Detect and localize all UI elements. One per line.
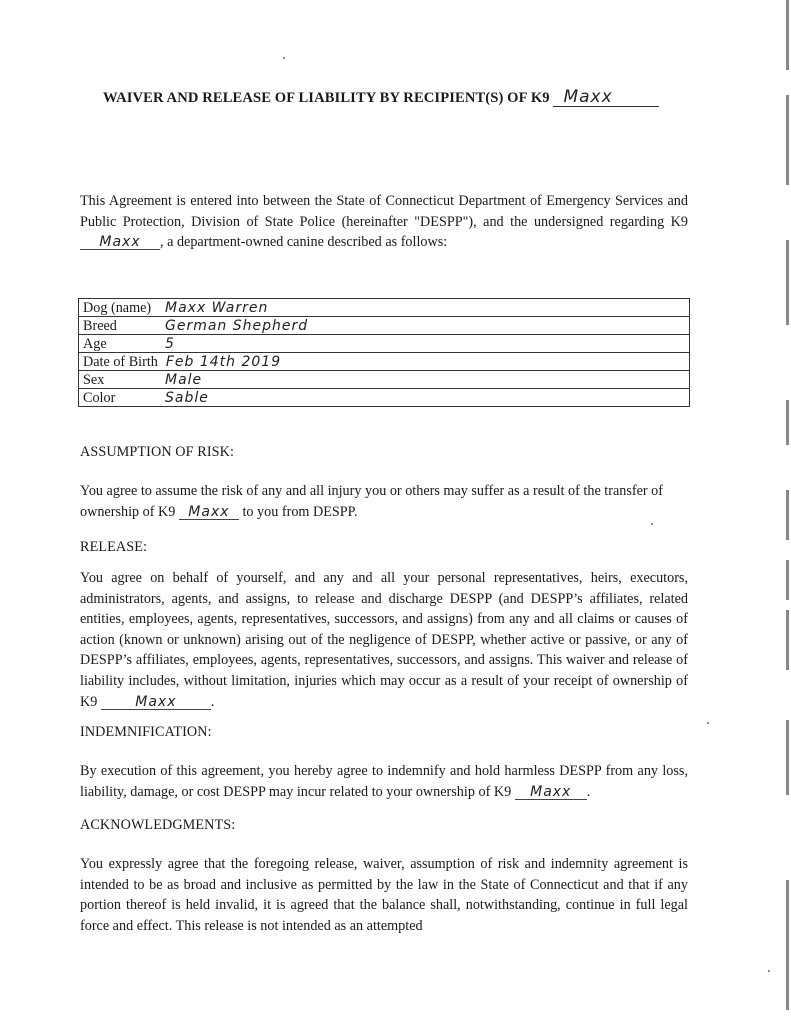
dog-table-cell: Dog (name)Maxx Warren — [79, 299, 690, 317]
heading-release: RELEASE: — [80, 539, 147, 556]
scan-edge-artifact — [786, 400, 789, 445]
risk-dog-name: Maxx — [188, 504, 229, 520]
risk-dog-name-field: Maxx — [179, 505, 239, 520]
scan-edge-artifact — [786, 720, 789, 795]
release-dog-name: Maxx — [135, 694, 176, 710]
dog-field-label: Dog (name) — [83, 300, 157, 316]
scan-edge-artifact — [786, 490, 789, 540]
acknowledgments-paragraph: You expressly agree that the foregoing r… — [80, 854, 688, 936]
intro-dog-name: Maxx — [99, 234, 140, 250]
dog-table-row: ColorSable — [79, 389, 690, 407]
release-text-after: . — [211, 694, 215, 710]
scan-edge-artifact — [786, 240, 789, 325]
release-paragraph: You agree on behalf of yourself, and any… — [80, 568, 688, 712]
scan-speck — [283, 57, 285, 59]
acknowledgments-text: You expressly agree that the foregoing r… — [80, 854, 688, 936]
dog-field-value: Sable — [165, 390, 209, 406]
dog-table-row: Date of BirthFeb 14th 2019 — [79, 353, 690, 371]
dog-table-cell: Age5 — [79, 335, 690, 353]
heading-acknowledgments: ACKNOWLEDGMENTS: — [80, 817, 235, 834]
dog-field-value: Male — [165, 372, 202, 388]
dog-field-label: Sex — [83, 372, 157, 388]
dog-description-table: Dog (name)Maxx WarrenBreedGerman Shepher… — [78, 298, 690, 407]
dog-field-label: Color — [83, 390, 157, 406]
intro-paragraph: This Agreement is entered into between t… — [80, 191, 688, 253]
scan-edge-artifact — [786, 610, 789, 670]
dog-field-value: German Shepherd — [165, 318, 308, 334]
dog-table-row: SexMale — [79, 371, 690, 389]
dog-table-row: Age5 — [79, 335, 690, 353]
indemnification-paragraph: By execution of this agreement, you here… — [80, 761, 688, 802]
dog-table-row: BreedGerman Shepherd — [79, 317, 690, 335]
dog-field-value: Feb 14th 2019 — [166, 354, 281, 370]
scan-edge-artifact — [786, 0, 789, 70]
scan-speck — [651, 523, 653, 525]
risk-text: You agree to assume the risk of any and … — [80, 483, 663, 520]
document-page: WAIVER AND RELEASE OF LIABILITY BY RECIP… — [0, 0, 791, 1024]
indemnification-text: By execution of this agreement, you here… — [80, 763, 688, 800]
dog-table-cell: ColorSable — [79, 389, 690, 407]
title-dog-name-field: Maxx — [553, 88, 659, 107]
dog-table-row: Dog (name)Maxx Warren — [79, 299, 690, 317]
title-dog-name: Maxx — [563, 87, 612, 107]
assumption-of-risk-paragraph: You agree to assume the risk of any and … — [80, 481, 688, 522]
risk-text-after: to you from DESPP. — [242, 504, 357, 520]
indemnification-dog-name: Maxx — [530, 784, 571, 800]
intro-dog-name-field: Maxx — [80, 235, 160, 250]
dog-table-cell: BreedGerman Shepherd — [79, 317, 690, 335]
scan-edge-artifact — [786, 560, 789, 600]
indemnification-dog-name-field: Maxx — [515, 785, 587, 800]
dog-field-label: Breed — [83, 318, 157, 334]
scan-speck — [768, 970, 770, 972]
document-title: WAIVER AND RELEASE OF LIABILITY BY RECIP… — [103, 88, 659, 107]
title-text: WAIVER AND RELEASE OF LIABILITY BY RECIP… — [103, 90, 550, 106]
heading-indemnification: INDEMNIFICATION: — [80, 724, 212, 741]
indemnification-text-after: . — [587, 784, 591, 800]
release-dog-name-field: Maxx — [101, 695, 211, 710]
dog-field-value: 5 — [165, 336, 175, 352]
scan-edge-artifact — [786, 880, 789, 1010]
scan-speck — [707, 722, 709, 724]
release-text: You agree on behalf of yourself, and any… — [80, 570, 688, 710]
intro-text: This Agreement is entered into between t… — [80, 193, 688, 230]
dog-table-cell: SexMale — [79, 371, 690, 389]
heading-assumption-of-risk: ASSUMPTION OF RISK: — [80, 444, 234, 461]
dog-field-label: Date of Birth — [83, 354, 158, 370]
dog-table-cell: Date of BirthFeb 14th 2019 — [79, 353, 690, 371]
scan-edge-artifact — [786, 95, 789, 185]
intro-text-after: , a department-owned canine described as… — [160, 234, 447, 250]
dog-field-label: Age — [83, 336, 157, 352]
dog-field-value: Maxx Warren — [165, 300, 268, 316]
